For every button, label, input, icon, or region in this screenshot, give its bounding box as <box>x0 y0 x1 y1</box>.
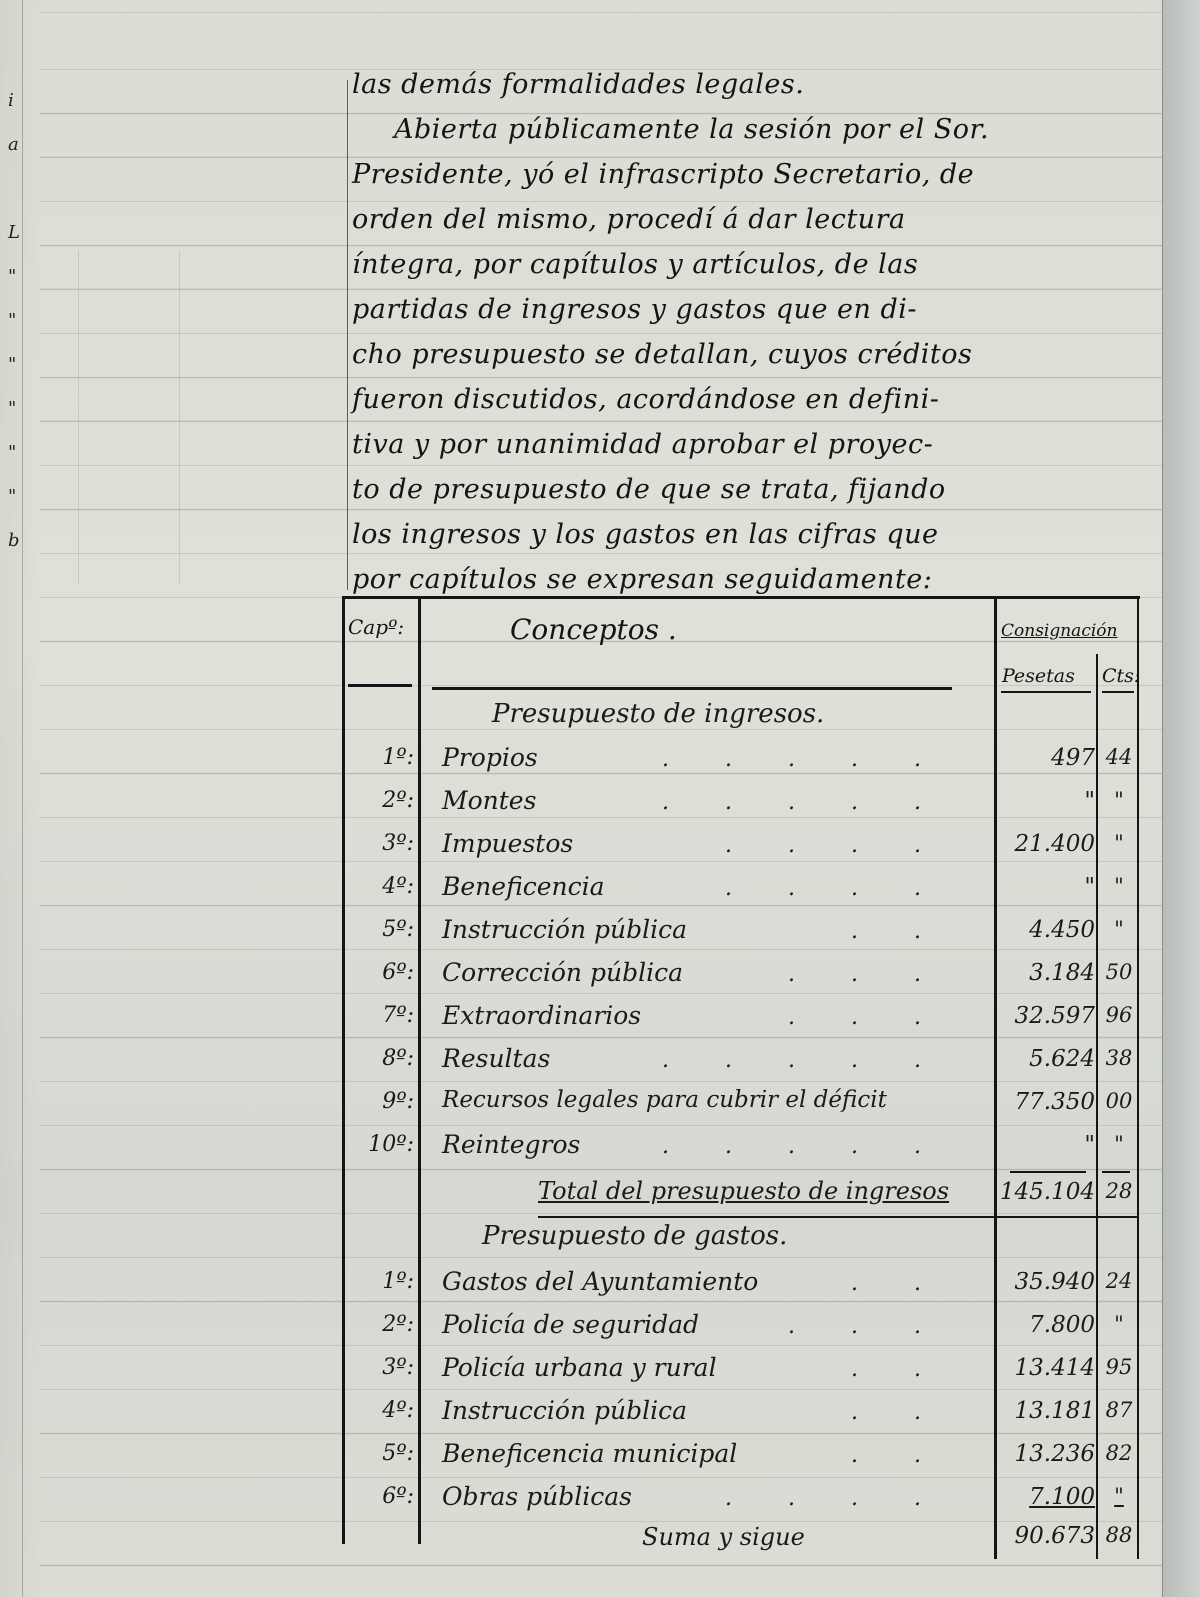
prose-line: las demás formalidades legales. <box>352 62 1152 107</box>
text-margin-rule <box>347 80 348 590</box>
table-row: 10º: Reintegros ..... " " <box>342 1128 1140 1168</box>
total-label: Total del presupuesto de ingresos <box>538 1177 949 1205</box>
prose-line: to de presupuesto de que se trata, fijan… <box>352 467 1152 512</box>
budget-table: Capº: Conceptos . Consignación Pesetas C… <box>342 596 1140 1544</box>
table-row: 2º: Montes ..... " " <box>342 784 1140 824</box>
margin-mark: b <box>8 530 28 574</box>
table-row: 9º: Recursos legales para cubrir el défi… <box>342 1085 1140 1125</box>
header-pesetas: Pesetas <box>1002 665 1075 687</box>
table-row: 7º: Extraordinarios ... 32.597 96 <box>342 999 1140 1039</box>
table-row: 1º: Propios ..... 497 44 <box>342 741 1140 781</box>
margin-marks: i a L " " " " " " b <box>8 90 28 574</box>
table-row: 8º: Resultas ..... 5.624 38 <box>342 1042 1140 1082</box>
table-row: 4º: Beneficencia .... " " <box>342 870 1140 910</box>
margin-mark: " <box>8 354 28 398</box>
margin-mark: L <box>8 222 28 266</box>
table-row: 2º: Policía de seguridad ... 7.800 " <box>342 1308 1140 1348</box>
table-row: 6º: Corrección pública ... 3.184 50 <box>342 956 1140 996</box>
header-underline <box>348 684 412 687</box>
table-row: 3º: Impuestos .... 21.400 " <box>342 827 1140 867</box>
header-underline <box>1001 691 1091 693</box>
sum-rule <box>1010 1171 1086 1173</box>
subtotal-pesetas: 90.673 <box>997 1523 1095 1549</box>
header-cap: Capº: <box>348 615 404 639</box>
table-row: 1º: Gastos del Ayuntamiento .. 35.940 24 <box>342 1265 1140 1305</box>
margin-mark: " <box>8 486 28 530</box>
total-cts: 28 <box>1100 1179 1138 1203</box>
total-pesetas: 145.104 <box>997 1179 1095 1205</box>
subtotal-row-gastos: Suma y sigue 90.673 88 <box>342 1519 1140 1559</box>
table-row: 3º: Policía urbana y rural .. 13.414 95 <box>342 1351 1140 1391</box>
table-row: 6º: Obras públicas .... 7.100 " <box>342 1480 1140 1520</box>
table-row: 4º: Instrucción pública .. 13.181 87 <box>342 1394 1140 1434</box>
header-underline <box>1102 691 1134 693</box>
prose-line: Presidente, yó el infrascripto Secretari… <box>352 152 1152 197</box>
header-consignacion: Consignación <box>1001 621 1117 641</box>
prose-line: los ingresos y los gastos en las cifras … <box>352 512 1152 557</box>
header-underline <box>432 687 952 690</box>
prose-line: orden del mismo, procedí á dar lectura <box>352 197 1152 242</box>
table-row: 5º: Beneficencia municipal .. 13.236 82 <box>342 1437 1140 1477</box>
total-row-ingresos: Total del presupuesto de ingresos 145.10… <box>342 1175 1140 1215</box>
margin-mark <box>8 178 28 222</box>
subtotal-label: Suma y sigue <box>642 1523 805 1551</box>
margin-mark: a <box>8 134 28 178</box>
minutes-text: las demás formalidades legales. Abierta … <box>352 62 1152 602</box>
prose-line: cho presupuesto se detallan, cuyos crédi… <box>352 332 1152 377</box>
section-title-ingresos: Presupuesto de ingresos. <box>492 699 824 729</box>
prose-line: Abierta públicamente la sesión por el So… <box>352 107 1152 152</box>
prose-line: partidas de ingresos y gastos que en di- <box>352 287 1152 332</box>
margin-mark: " <box>8 266 28 310</box>
margin-mark: " <box>8 442 28 486</box>
prose-line: tiva y por unanimidad aprobar el proyec- <box>352 422 1152 467</box>
table-row: 5º: Instrucción pública .. 4.450 " <box>342 913 1140 953</box>
section-title-gastos: Presupuesto de gastos. <box>482 1221 787 1251</box>
prose-line: íntegra, por capítulos y artículos, de l… <box>352 242 1152 287</box>
margin-mark: i <box>8 90 28 134</box>
next-page-edge <box>1162 0 1200 1597</box>
sum-rule <box>1102 1171 1130 1173</box>
margin-mark: " <box>8 398 28 442</box>
faint-bleedthrough-box <box>78 250 180 585</box>
margin-mark: " <box>8 310 28 354</box>
prose-line: fueron discutidos, acordándose en defini… <box>352 377 1152 422</box>
header-cts: Cts: <box>1102 665 1140 687</box>
ledger-page: i a L " " " " " " b las demás formalidad… <box>0 0 1162 1597</box>
subtotal-cts: 88 <box>1100 1523 1138 1547</box>
total-underline <box>538 1216 1138 1218</box>
header-conceptos: Conceptos . <box>510 613 677 646</box>
